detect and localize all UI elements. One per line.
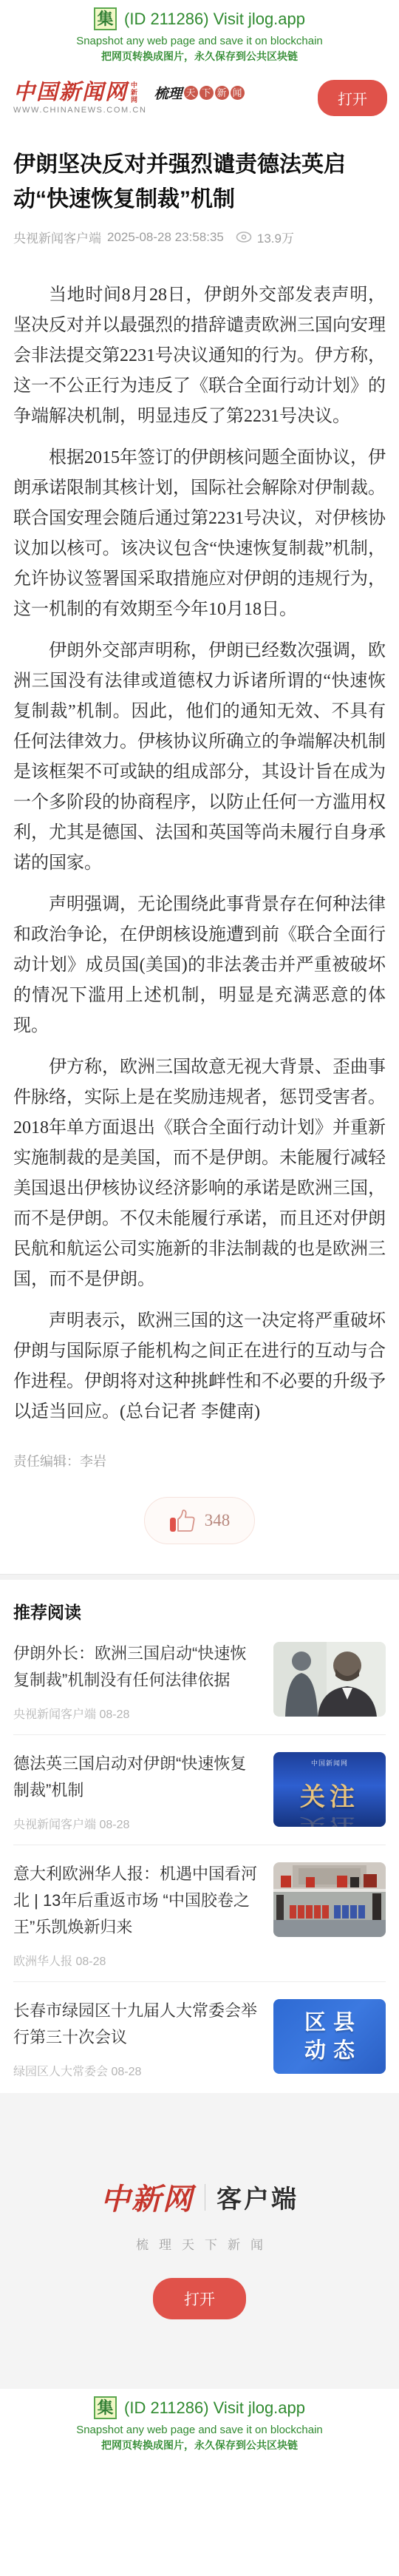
recommended-article-title: 意大利欧洲华人报：机遇中国看河北 | 13年后重返市场 “中国胶卷之王”乐凯焕新…	[13, 1861, 262, 1941]
recommended-article-iran-fm[interactable]: 伊朗外长：欧洲三国启动“快速恢复制裁”机制没有任何法律依据 央视新闻客户端 08…	[13, 1625, 386, 1735]
slogan-badge: 下	[199, 86, 214, 100]
article-paragraph: 伊朗外交部声明称，伊朗已经数次强调，欧洲三国没有法律或道德权力诉诸所谓的“快速恢…	[13, 636, 386, 879]
jlog-logo-icon: 集	[94, 7, 117, 30]
article-paragraph: 根据2015年签订的伊朗核问题全面协议，伊朗承诺限制其核计划，国际社会解除对伊制…	[13, 443, 386, 625]
site-slogan: 梳理 天 下 新 闻	[154, 83, 244, 103]
recommended-article-source: 欧洲华人报 08-28	[13, 1952, 262, 1969]
like-button[interactable]: 348	[144, 1497, 256, 1544]
eye-icon	[236, 231, 252, 243]
article-source: 央视新闻客户端	[13, 228, 101, 246]
site-logo-url: WWW.CHINANEWS.COM.CN	[13, 106, 146, 115]
article-paragraph: 声明强调，无论围绕此事背景存在何种法律和政治争论，在伊朗核设施遭到前《联合全面行…	[13, 890, 386, 1041]
slogan-badge: 天	[184, 86, 198, 100]
promo-banner-top[interactable]: 集 (ID 211286) Visit jlog.app Snapshot an…	[0, 0, 399, 70]
editor-credit: 责任编辑：李岩	[13, 1451, 386, 1470]
recommended-article-source: 绿园区人大常委会 08-28	[13, 2062, 262, 2079]
footer-logo: 中新网 客户端	[100, 2176, 299, 2218]
article-byline: 央视新闻客户端 2025-08-28 23:58:35 13.9万	[13, 228, 386, 246]
article-thumbnail-guanzhu-card: 中国新闻网 关注 关注	[273, 1752, 386, 1827]
view-count-value: 13.9万	[257, 228, 294, 246]
recommended-section: 推荐阅读 伊朗外长：欧洲三国启动“快速恢复制裁”机制没有任何法律依据 央视新闻客…	[0, 1599, 399, 2092]
thumbnail-text-line: 动态	[297, 2037, 362, 2065]
app-footer: 中新网 客户端 梳理天下新闻 打开	[0, 2093, 399, 2389]
promo-banner-title: (ID 211286) Visit jlog.app	[124, 2398, 305, 2418]
person-photo-illustration	[273, 1642, 386, 1717]
article-paragraph: 伊方称，欧洲三国故意无视大背景、歪曲事件脉络，实际上是在奖励违规者，惩罚受害者。…	[13, 1052, 386, 1295]
article: 伊朗坚决反对并强烈谴责德法英启动“快速恢复制裁”机制 央视新闻客户端 2025-…	[0, 147, 399, 1544]
jlog-logo-icon: 集	[94, 2396, 117, 2419]
recommended-article-luyuan-meeting[interactable]: 长春市绿园区十九届人大常委会举行第三十次会议 绿园区人大常委会 08-28 区县…	[13, 1982, 386, 2092]
thumbnail-text-line: 区县	[297, 2009, 362, 2037]
promo-banner-subtitle-en: Snapshot any web page and save it on blo…	[0, 35, 399, 47]
site-logo[interactable]: 中国新闻网 中新网 WWW.CHINANEWS.COM.CN	[13, 81, 146, 115]
slogan-badge: 新	[215, 86, 229, 100]
site-logo-side-text: 中新网	[130, 81, 137, 104]
recommended-section-title: 推荐阅读	[13, 1599, 386, 1623]
promo-banner-title: (ID 211286) Visit jlog.app	[124, 10, 305, 29]
footer-tagline: 梳理天下新闻	[0, 2234, 399, 2253]
recommended-article-title: 伊朗外长：欧洲三国启动“快速恢复制裁”机制没有任何法律依据	[13, 1640, 262, 1694]
promo-banner-subtitle-en: Snapshot any web page and save it on blo…	[0, 2424, 399, 2436]
recommended-article-title: 长春市绿园区十九届人大常委会举行第三十次会议	[13, 1998, 262, 2051]
site-logo-text: 中国新闻网	[13, 81, 128, 104]
promo-banner-subtitle-cn: 把网页转换成图片，永久保存到公共区块链	[0, 49, 399, 64]
open-app-button-top[interactable]: 打开	[318, 80, 387, 116]
recommended-article-lucky-film[interactable]: 意大利欧洲华人报：机遇中国看河北 | 13年后重返市场 “中国胶卷之王”乐凯焕新…	[13, 1845, 386, 1982]
open-app-button-footer[interactable]: 打开	[153, 2278, 246, 2319]
article-paragraph: 当地时间8月28日，伊朗外交部发表声明，坚决反对并以最强烈的措辞谴责欧洲三国向安…	[13, 280, 386, 432]
thumbnail-headline-text: 关注	[300, 1777, 359, 1813]
thumbs-up-icon	[169, 1509, 196, 1532]
article-paragraph: 声明表示，欧洲三国的这一决定将严重破坏伊朗与国际原子能机构之间正在进行的互动与合…	[13, 1306, 386, 1427]
article-thumbnail-district-news-card: 区县 动态	[273, 1999, 386, 2074]
slogan-badge: 闻	[231, 86, 245, 100]
recommended-article-title: 德法英三国启动对伊朗“快速恢复制裁”机制	[13, 1751, 262, 1804]
promo-banner-subtitle-cn: 把网页转换成图片，永久保存到公共区块链	[0, 2438, 399, 2452]
like-count: 348	[205, 1511, 231, 1530]
article-title: 伊朗坚决反对并强烈谴责德法英启动“快速恢复制裁”机制	[13, 147, 386, 217]
recommended-article-source: 央视新闻客户端 08-28	[13, 1815, 262, 1832]
site-header: 中国新闻网 中新网 WWW.CHINANEWS.COM.CN 梳理 天 下 新 …	[0, 70, 399, 128]
slogan-prefix: 梳理	[154, 83, 182, 103]
footer-logo-client: 客户端	[216, 2179, 299, 2215]
article-body: 当地时间8月28日，伊朗外交部发表声明，坚决反对并以最强烈的措辞谴责欧洲三国向安…	[13, 280, 386, 1427]
footer-logo-cn: 中新网	[100, 2176, 194, 2218]
thumbnail-reflection-text: 关注	[300, 1814, 359, 1827]
view-count: 13.9万	[236, 228, 294, 246]
article-datetime: 2025-08-28 23:58:35	[107, 230, 224, 245]
recommended-article-e3-snapback[interactable]: 德法英三国启动对伊朗“快速恢复制裁”机制 央视新闻客户端 08-28 中国新闻网…	[13, 1735, 386, 1845]
article-thumbnail-person-photo	[273, 1642, 386, 1717]
section-divider	[0, 1574, 399, 1580]
products-photo-illustration	[273, 1862, 386, 1937]
footer-logo-divider	[205, 2184, 205, 2211]
recommended-article-source: 央视新闻客户端 08-28	[13, 1705, 262, 1722]
promo-banner-bottom[interactable]: 集 (ID 211286) Visit jlog.app Snapshot an…	[0, 2389, 399, 2458]
article-thumbnail-products-photo	[273, 1862, 386, 1937]
thumbnail-logo-text: 中国新闻网	[311, 1758, 348, 1768]
